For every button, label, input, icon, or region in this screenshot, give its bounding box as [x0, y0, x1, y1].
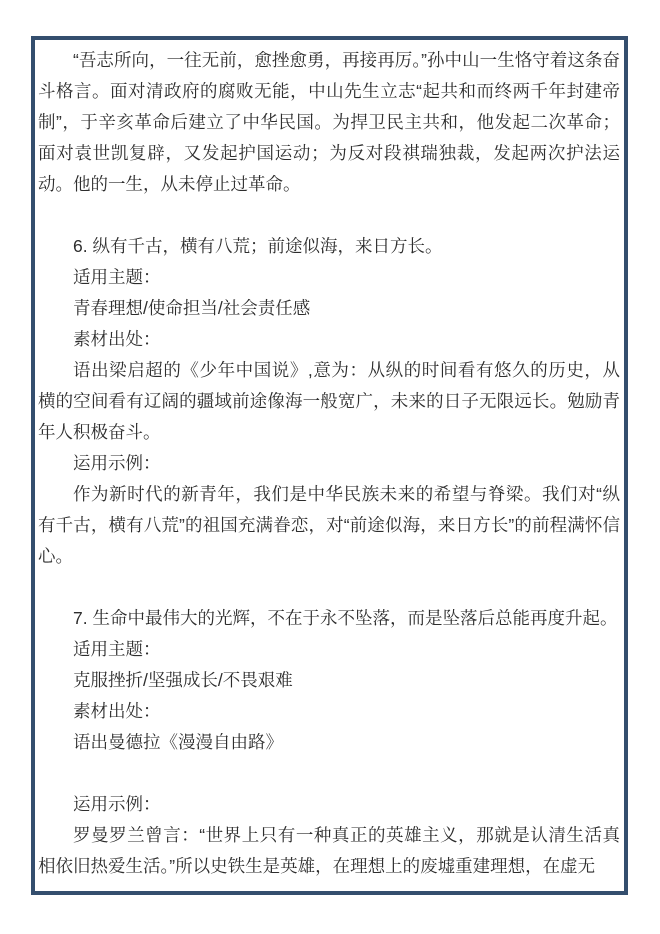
paragraph: 语出梁启超的《少年中国说》,意为：从纵的时间看有悠久的历史，从横的空间看有辽阔的… — [38, 355, 620, 448]
paragraph-spacer — [38, 758, 620, 789]
document-body: “吾志所向，一往无前，愈挫愈勇，再接再厉。”孙中山一生恪守着这条奋斗格言。面对清… — [38, 45, 620, 882]
paragraph: 语出曼德拉《漫漫自由路》 — [38, 727, 620, 758]
paragraph: 适用主题： — [38, 634, 620, 665]
paragraph: 作为新时代的新青年，我们是中华民族未来的希望与脊梁。我们对“纵有千古，横有八荒”… — [38, 479, 620, 572]
paragraph: 运用示例： — [38, 789, 620, 820]
paragraph: 6. 纵有千古，横有八荒；前途似海，来日方长。 — [38, 231, 620, 262]
paragraph-spacer — [38, 200, 620, 231]
paragraph: 克服挫折/坚强成长/不畏艰难 — [38, 665, 620, 696]
paragraph: 罗曼罗兰曾言：“世界上只有一种真正的英雄主义，那就是认清生活真相依旧热爱生活。”… — [38, 820, 620, 882]
paragraph: 素材出处： — [38, 324, 620, 355]
paragraph: 青春理想/使命担当/社会责任感 — [38, 293, 620, 324]
paragraph: 素材出处： — [38, 696, 620, 727]
document-frame: “吾志所向，一往无前，愈挫愈勇，再接再厉。”孙中山一生恪守着这条奋斗格言。面对清… — [31, 36, 628, 895]
paragraph: 运用示例： — [38, 448, 620, 479]
paragraph: 7. 生命中最伟大的光辉，不在于永不坠落，而是坠落后总能再度升起。 — [38, 603, 620, 634]
paragraph-spacer — [38, 572, 620, 603]
paragraph: 适用主题： — [38, 262, 620, 293]
paragraph: “吾志所向，一往无前，愈挫愈勇，再接再厉。”孙中山一生恪守着这条奋斗格言。面对清… — [38, 45, 620, 200]
